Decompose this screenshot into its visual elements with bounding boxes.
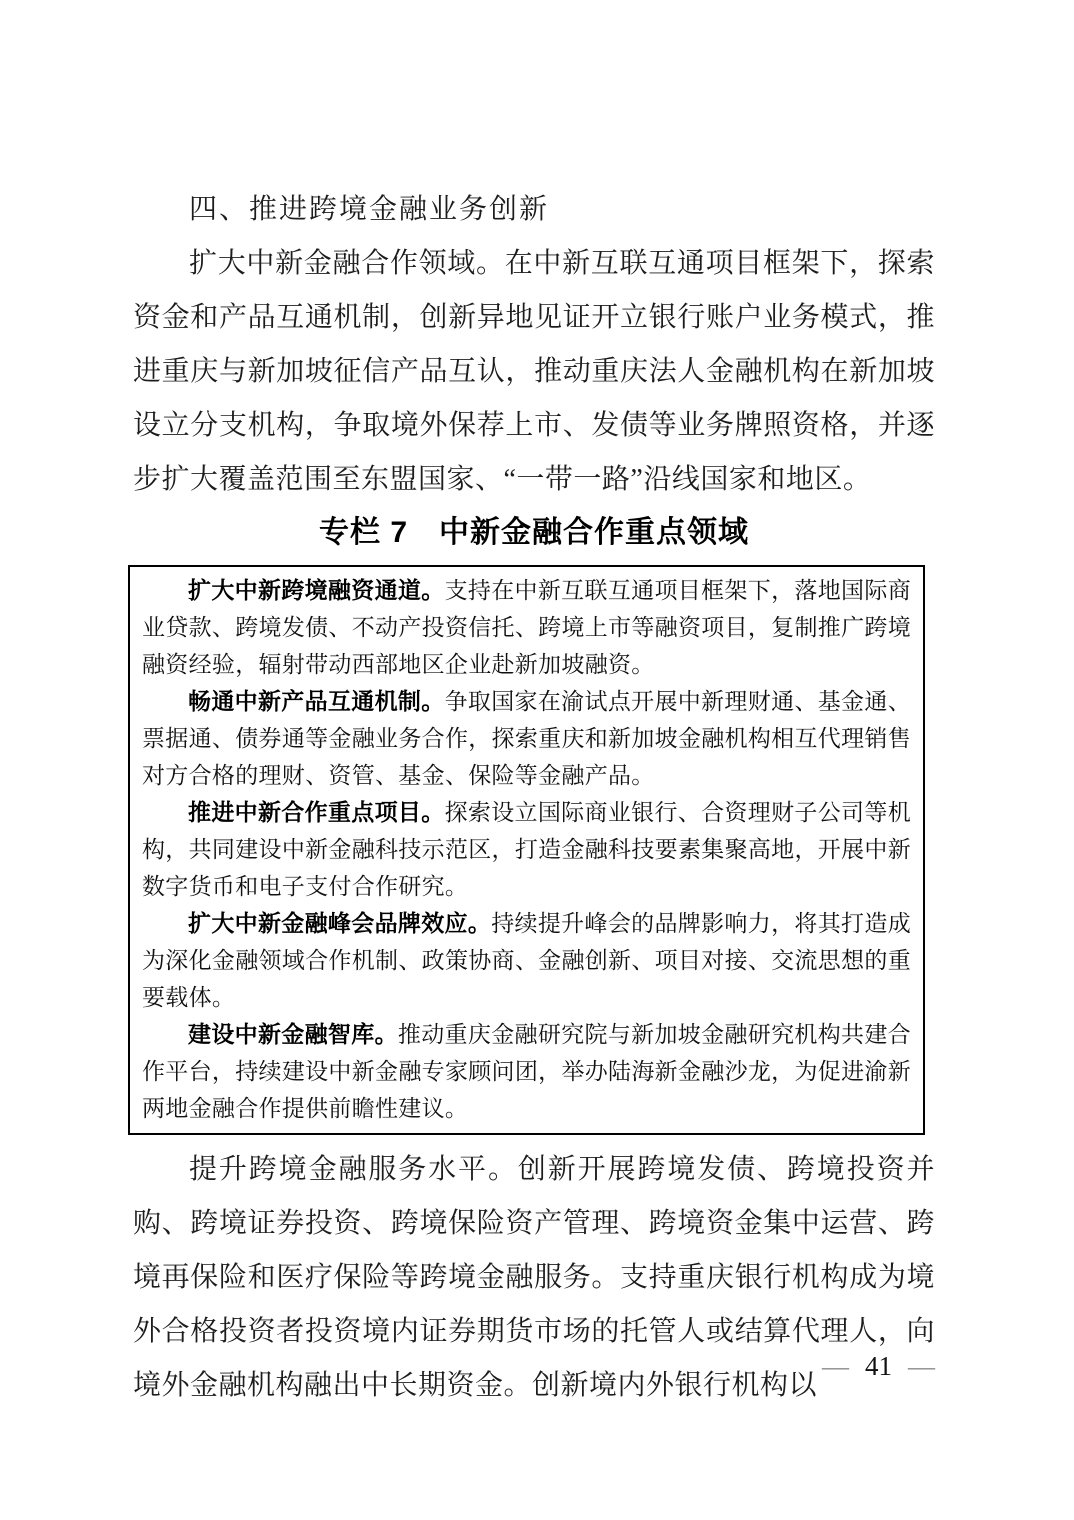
paragraph-service-level: 提升跨境金融服务水平。创新开展跨境发债、跨境投资并购、跨境证券投资、跨境保险资产… <box>133 1143 935 1413</box>
box-paragraph-lead: 推进中新合作重点项目。 <box>188 799 445 825</box>
box-paragraph-summit-brand: 扩大中新金融峰会品牌效应。持续提升峰会的品牌影响力，将其打造成为深化金融领域合作… <box>142 905 911 1016</box>
page-number-dash-right: — <box>908 1351 935 1381</box>
section-heading: 四、推进跨境金融业务创新 <box>133 183 935 237</box>
box-paragraph-lead: 扩大中新跨境融资通道。 <box>188 577 445 603</box>
box-paragraph-product-mechanism: 畅通中新产品互通机制。争取国家在渝试点开展中新理财通、基金通、票据通、债券通等金… <box>142 683 911 794</box>
box-title: 专栏 7 中新金融合作重点领域 <box>133 511 935 555</box>
box-paragraph-lead: 畅通中新产品互通机制。 <box>188 688 445 714</box>
box-paragraph-lead: 建设中新金融智库。 <box>188 1021 398 1047</box>
paragraph-expand-cooperation: 扩大中新金融合作领域。在中新互联互通项目框架下，探索资金和产品互通机制，创新异地… <box>133 237 935 507</box>
document-page: 四、推进跨境金融业务创新 扩大中新金融合作领域。在中新互联互通项目框架下，探索资… <box>0 0 1074 1520</box>
box-paragraph-financing-channel: 扩大中新跨境融资通道。支持在中新互联互通项目框架下，落地国际商业贷款、跨境发债、… <box>142 572 911 683</box>
box-paragraph-key-projects: 推进中新合作重点项目。探索设立国际商业银行、合资理财子公司等机构，共同建设中新金… <box>142 794 911 905</box>
box-paragraph-think-tank: 建设中新金融智库。推动重庆金融研究院与新加坡金融研究机构共建合作平台，持续建设中… <box>142 1016 911 1127</box>
page-number-dash-left: — <box>822 1351 849 1381</box>
special-column-box: 扩大中新跨境融资通道。支持在中新互联互通项目框架下，落地国际商业贷款、跨境发债、… <box>128 565 925 1135</box>
page-number-value: 41 <box>865 1351 892 1381</box>
box-paragraph-lead: 扩大中新金融峰会品牌效应。 <box>188 910 491 936</box>
page-number: —41— <box>822 1348 935 1384</box>
